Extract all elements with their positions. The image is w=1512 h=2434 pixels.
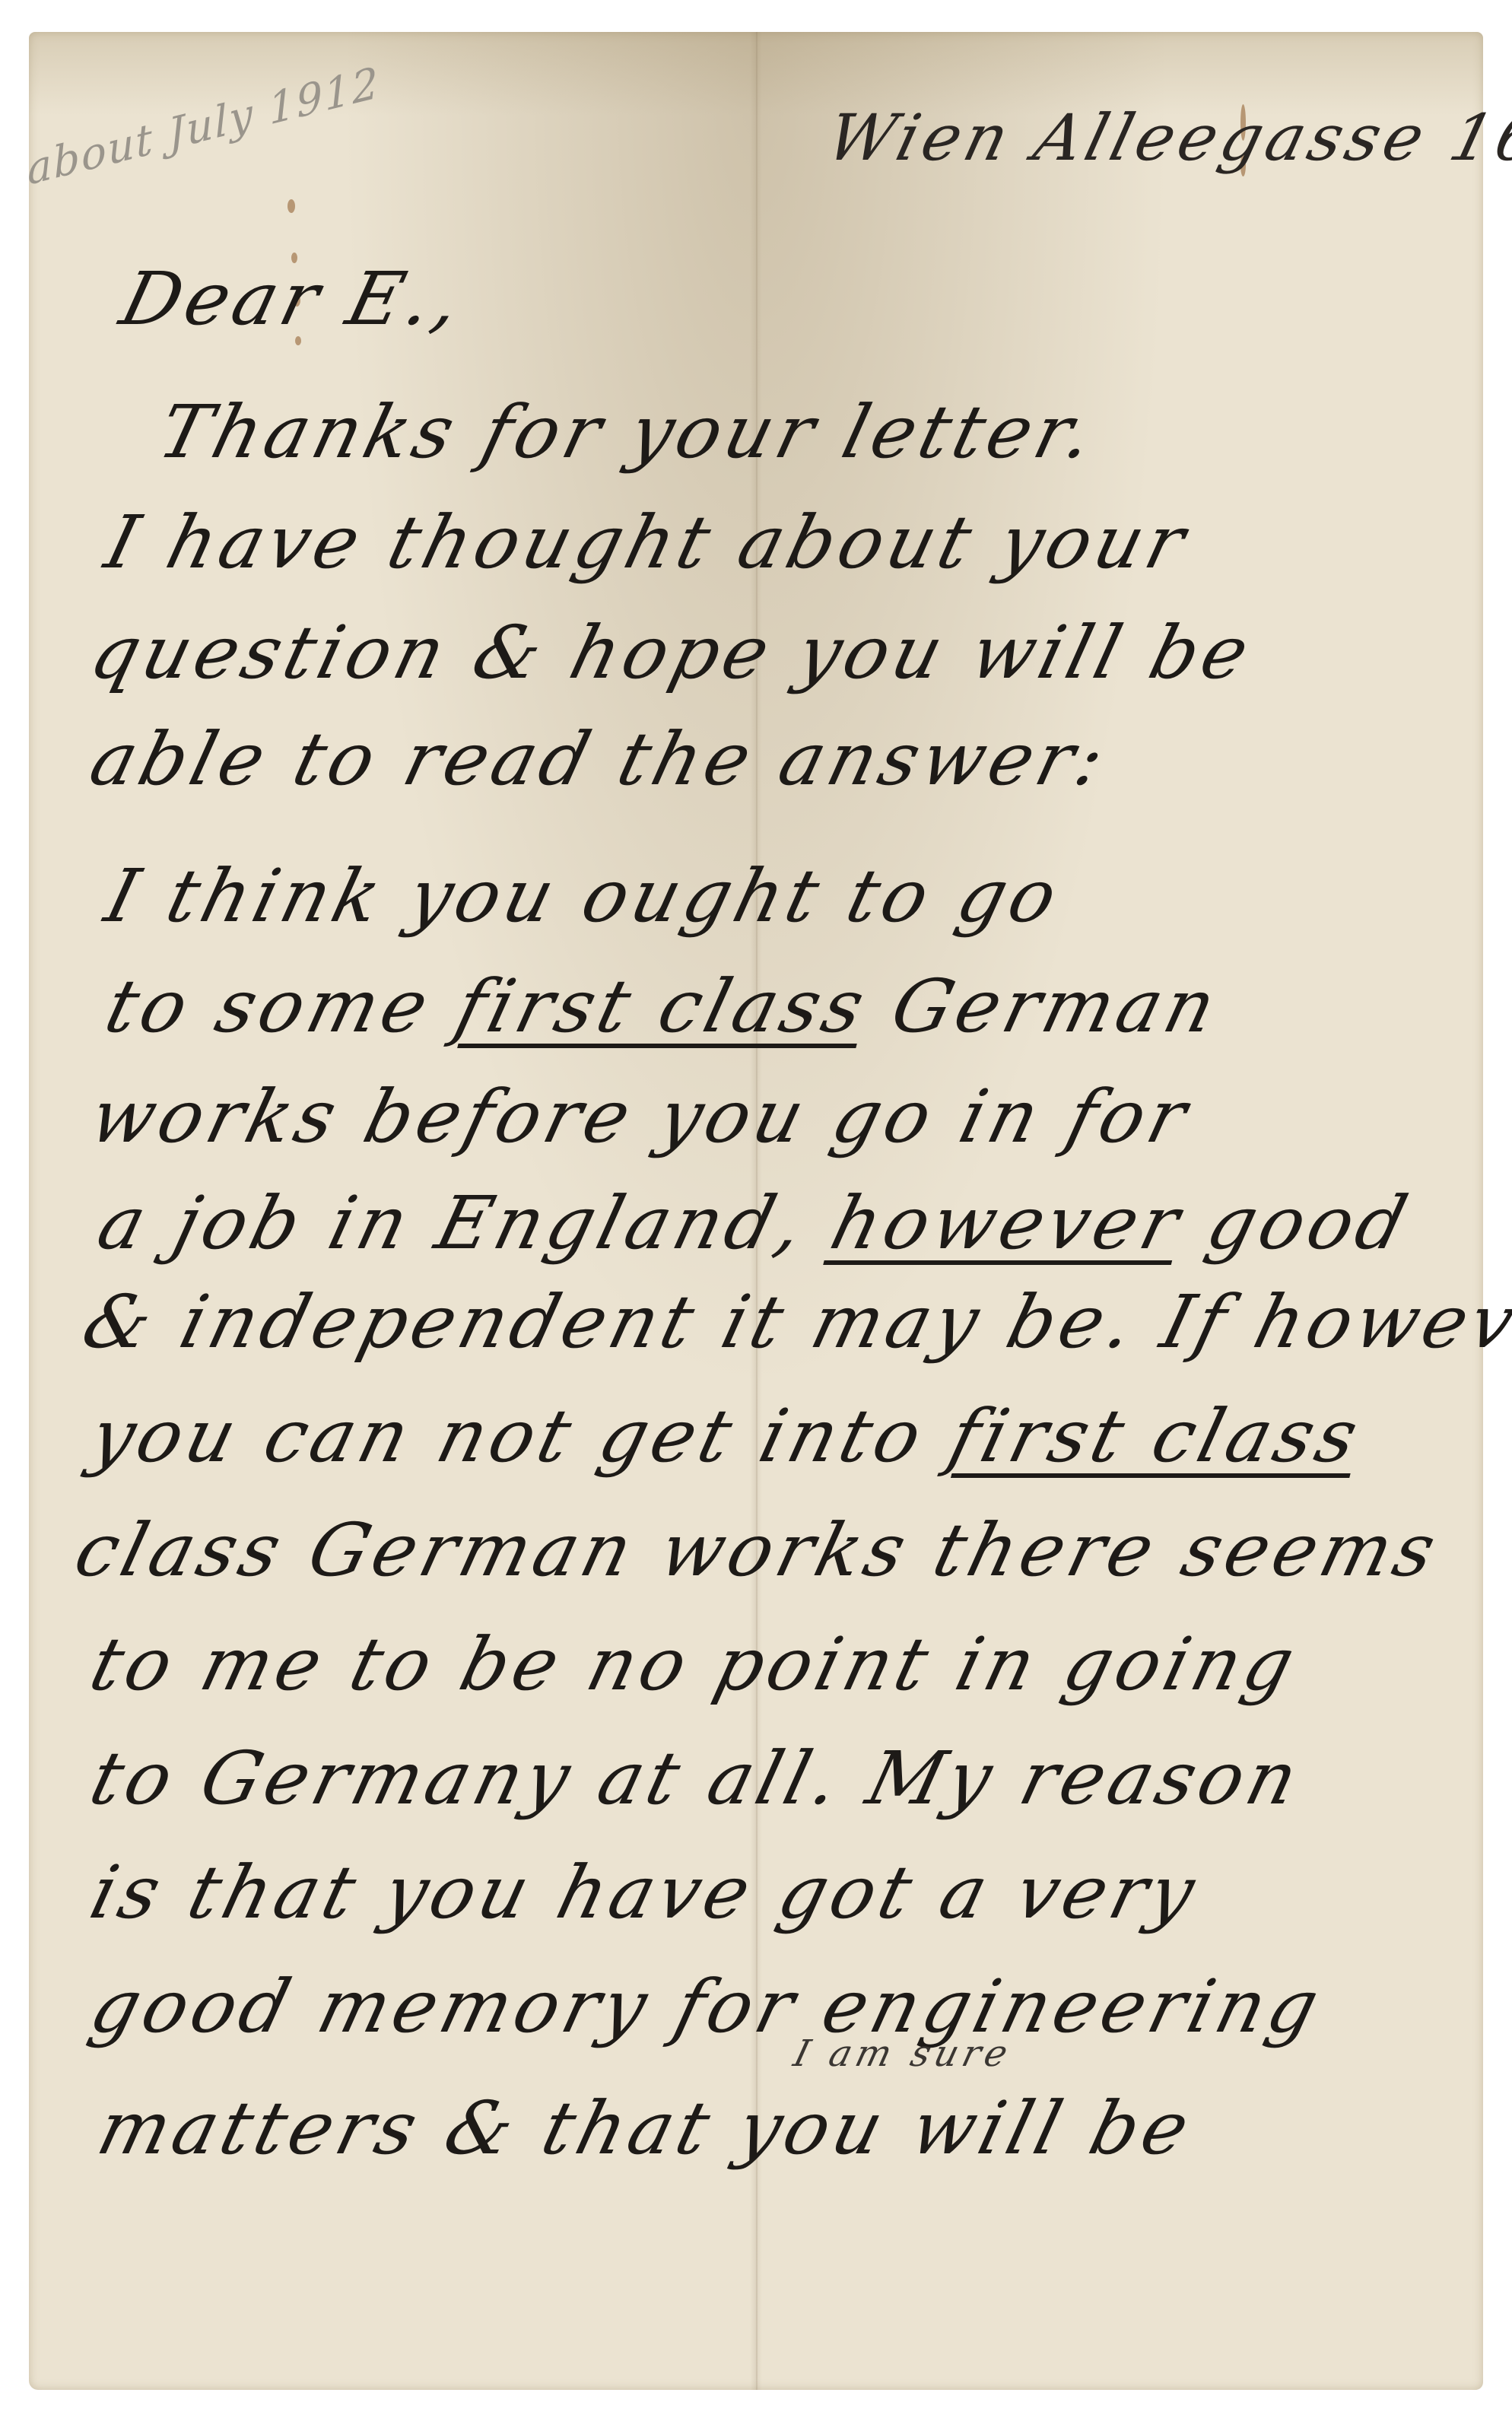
letter-page: about July 1912 Wien Alleegasse 16 Dear …: [29, 32, 1483, 2390]
line-text: German: [856, 964, 1228, 1049]
line-text: good: [1171, 1180, 1419, 1266]
pencil-date-note: about July 1912: [25, 58, 381, 195]
line-text: you can not get into: [82, 1393, 962, 1479]
letter-line: good memory for engineering: [82, 1964, 1331, 2049]
letter-line: you can not get into first class: [82, 1393, 1371, 1479]
underlined-phrase: however: [823, 1180, 1192, 1266]
letter-line: is that you have got a very: [82, 1850, 1207, 1935]
underlined-phrase: first class: [941, 1393, 1371, 1479]
letter-line: class German works there seems: [67, 1508, 1448, 1593]
letter-line: I have thought about your: [97, 500, 1198, 585]
line-text: a job in England,: [90, 1180, 844, 1266]
letter-line: to me to be no point in going: [82, 1622, 1307, 1707]
letter-line: & independent it may be. If however: [75, 1279, 1512, 1365]
letter-line: to some first class German: [97, 964, 1228, 1049]
underlined-phrase: first class: [447, 964, 877, 1049]
foxing-stain: [287, 199, 295, 213]
letter-line: to Germany at all. My reason: [82, 1736, 1310, 1821]
salutation: Dear E.,: [113, 256, 473, 342]
letter-line: I think you ought to go: [97, 853, 1070, 939]
letter-line: matters & that you will be: [90, 2086, 1202, 2171]
letter-line: able to read the answer:: [82, 717, 1117, 802]
sender-address: Wien Alleegasse 16: [820, 100, 1512, 175]
interlinear-insertion: I am sure: [789, 2032, 1016, 2075]
letter-line: works before you go in for: [82, 1074, 1199, 1159]
line-text: to some: [97, 964, 469, 1049]
letter-line: question & hope you will be: [82, 610, 1262, 695]
letter-line: Thanks for your letter.: [151, 389, 1106, 475]
letter-line: a job in England, however good: [90, 1180, 1419, 1266]
